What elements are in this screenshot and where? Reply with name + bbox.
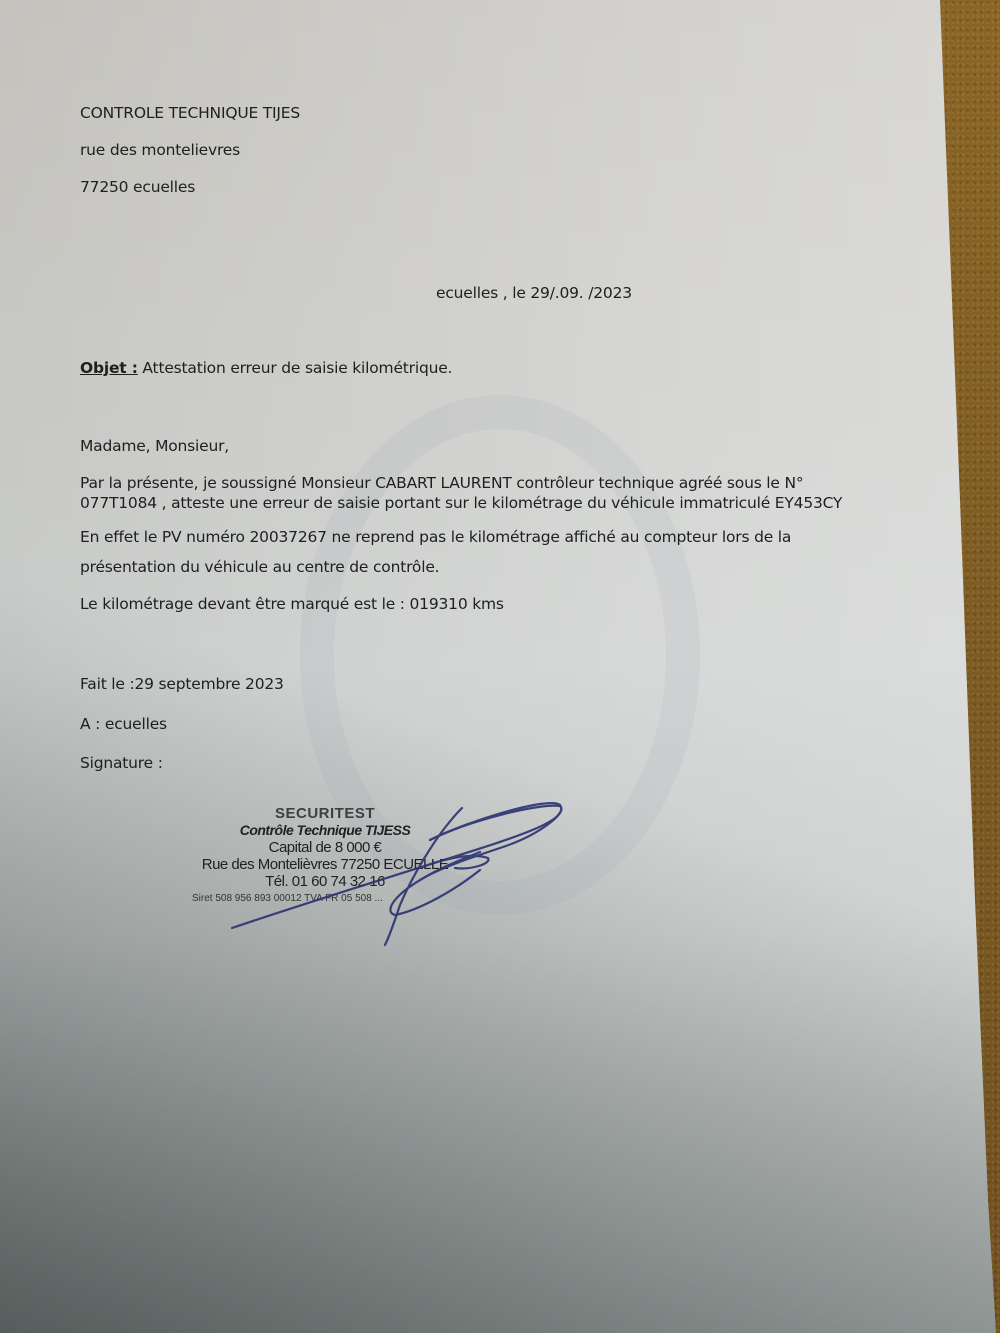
date-line: ecuelles , le 29/.09. /2023 — [436, 284, 632, 302]
paragraph-2-line-1: En effet le PV numéro 20037267 ne repren… — [80, 528, 791, 546]
paragraph-3: Le kilométrage devant être marqué est le… — [80, 595, 504, 613]
greeting: Madame, Monsieur, — [80, 437, 229, 455]
stamp-company: Contrôle Technique TIJESS — [180, 822, 470, 839]
paragraph-1-line-1: Par la présente, je soussigné Monsieur C… — [80, 474, 803, 492]
place: A : ecuelles — [80, 715, 167, 733]
stamp-address: Rue des Montelièvres 77250 ECUELLE — [180, 856, 470, 873]
letter-page: CONTROLE TECHNIQUE TIJES rue des monteli… — [0, 0, 1000, 1333]
stamp-siret: Siret 508 956 893 00012 TVA FR 05 508 ..… — [180, 890, 470, 907]
paragraph-1-line-2: 077T1084 , atteste une erreur de saisie … — [80, 494, 842, 512]
signature-label: Signature : — [80, 754, 163, 772]
sender-city: 77250 ecuelles — [80, 178, 195, 196]
subject-line: Objet : Attestation erreur de saisie kil… — [80, 359, 452, 377]
handwritten-signature — [0, 0, 1000, 1333]
stamp-brand: SECURITEST — [180, 805, 470, 822]
fait-le: Fait le :29 septembre 2023 — [80, 675, 284, 693]
stamp-phone: Tél. 01 60 74 32 16 — [180, 873, 470, 890]
subject-label: Objet : — [80, 359, 138, 377]
company-stamp: SECURITEST Contrôle Technique TIJESS Cap… — [180, 805, 470, 907]
sender-street: rue des montelievres — [80, 141, 240, 159]
sender-name: CONTROLE TECHNIQUE TIJES — [80, 104, 300, 122]
paragraph-2-line-2: présentation du véhicule au centre de co… — [80, 558, 439, 576]
subject-text: Attestation erreur de saisie kilométriqu… — [138, 359, 453, 377]
stamp-capital: Capital de 8 000 € — [180, 839, 470, 856]
